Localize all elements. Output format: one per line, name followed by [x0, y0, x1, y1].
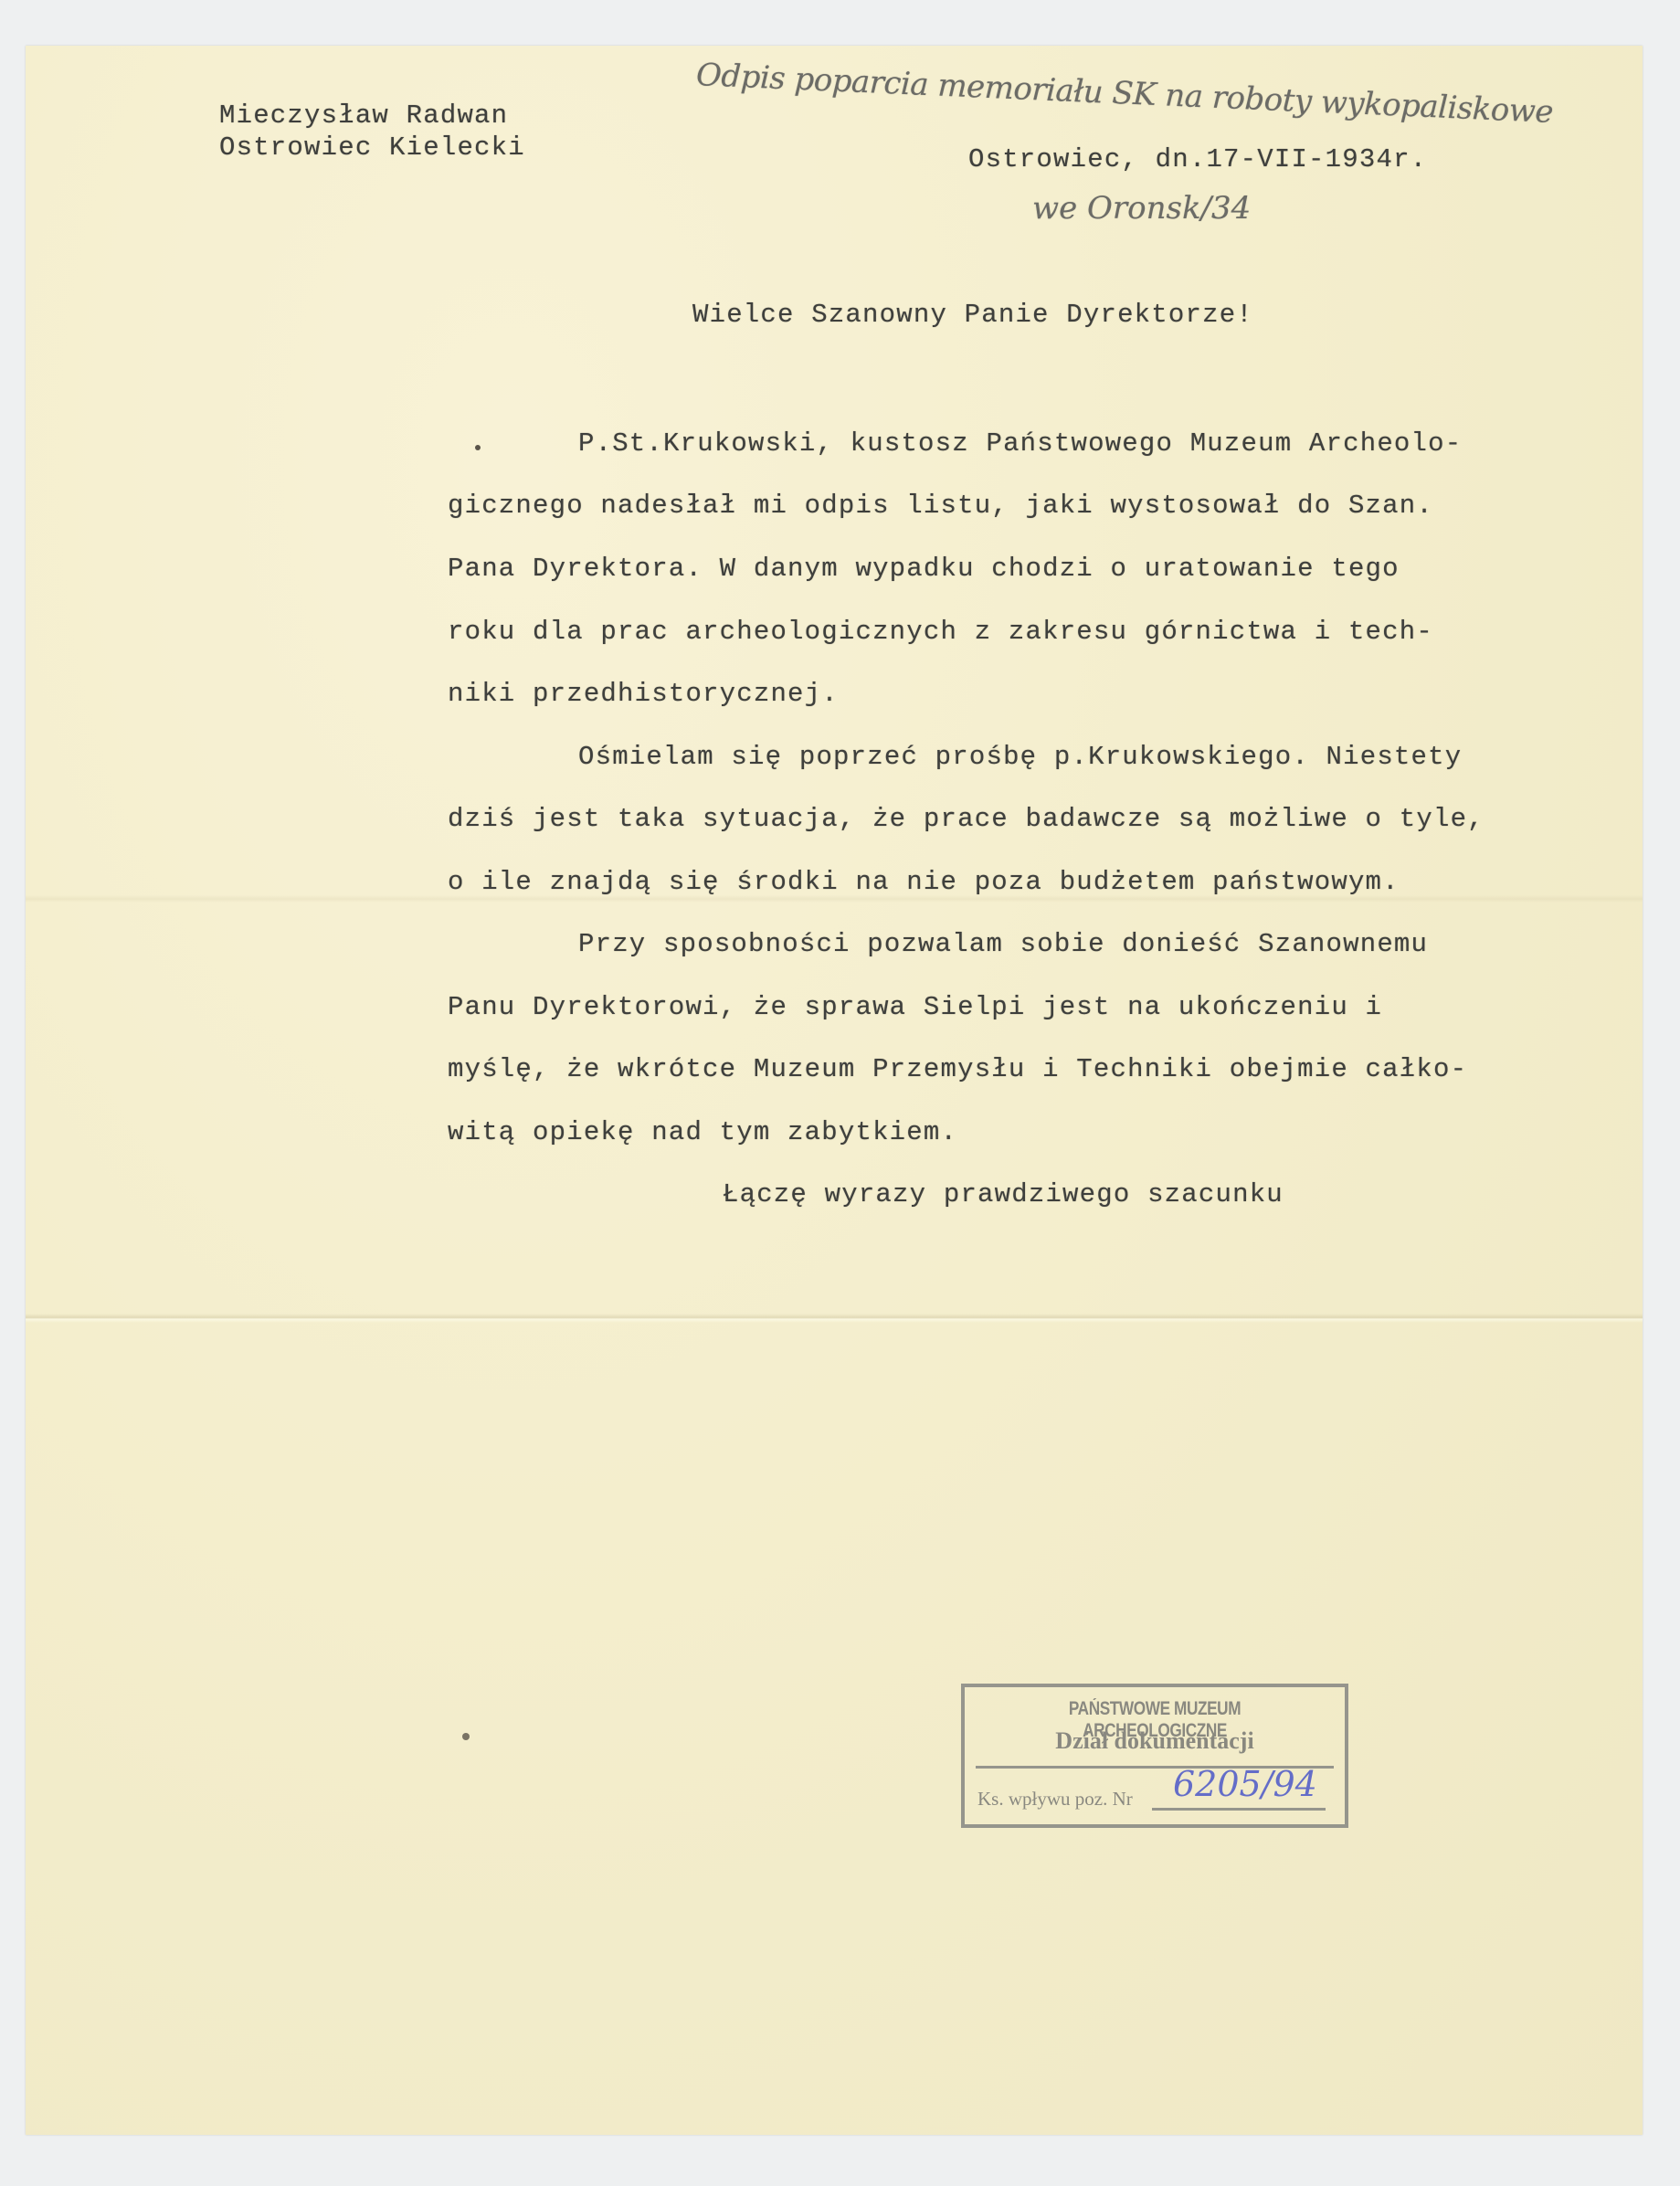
body-line: o ile znajdą się środki na nie poza budż…: [448, 867, 1400, 897]
archive-stamp: PAŃSTWOWE MUZEUM ARCHEOLOGICZNE Dział do…: [961, 1684, 1348, 1828]
body-line: dziś jest taka sytuacja, że prace badawc…: [448, 804, 1485, 834]
body-line: niki przedhistorycznej.: [448, 679, 839, 709]
handwritten-annotation: Odpis poparcia memoriału SK na roboty wy…: [695, 57, 1554, 131]
closing: Łączę wyrazy prawdziwego szacunku: [723, 1179, 1284, 1209]
body-line: Panu Dyrektorowi, że sprawa Sielpi jest …: [448, 992, 1382, 1022]
body-line: myślę, że wkrótce Muzeum Przemysłu i Tec…: [448, 1054, 1467, 1084]
body-line: gicznego nadesłał mi odpis listu, jaki w…: [448, 491, 1433, 521]
body-line: Pana Dyrektora. W danym wypadku chodzi o…: [448, 554, 1400, 584]
ink-speck: [475, 445, 481, 450]
ink-speck: [462, 1733, 470, 1740]
body-line: roku dla prac archeologicznych z zakresu…: [448, 617, 1433, 647]
sender-place: Ostrowiec Kielecki: [219, 132, 525, 163]
stamp-department: Dział dokumentacji: [965, 1727, 1345, 1755]
letter-paper: Mieczysław Radwan Ostrowiec Kielecki Odp…: [26, 46, 1643, 2135]
body-line: witą opiekę nad tym zabytkiem.: [448, 1117, 957, 1147]
handwritten-reference: we Oronsk/34: [1032, 190, 1251, 227]
paper-fold: [26, 1314, 1643, 1323]
salutation: Wielce Szanowny Panie Dyrektorze!: [692, 300, 1253, 330]
stamp-entry-underline: [1152, 1808, 1326, 1811]
body-line: Przy sposobności pozwalam sobie donieść …: [578, 929, 1428, 959]
body-line: Ośmielam się poprzeć prośbę p.Krukowskie…: [578, 742, 1462, 772]
stamp-entry-number: 6205/94: [1173, 1764, 1317, 1804]
date-line: Ostrowiec, dn.17-VII-1934r.: [968, 144, 1427, 174]
body-line: P.St.Krukowski, kustosz Państwowego Muze…: [578, 428, 1462, 459]
stamp-entry-label: Ks. wpływu poz. Nr: [977, 1788, 1133, 1811]
sender-name: Mieczysław Radwan: [219, 100, 508, 131]
